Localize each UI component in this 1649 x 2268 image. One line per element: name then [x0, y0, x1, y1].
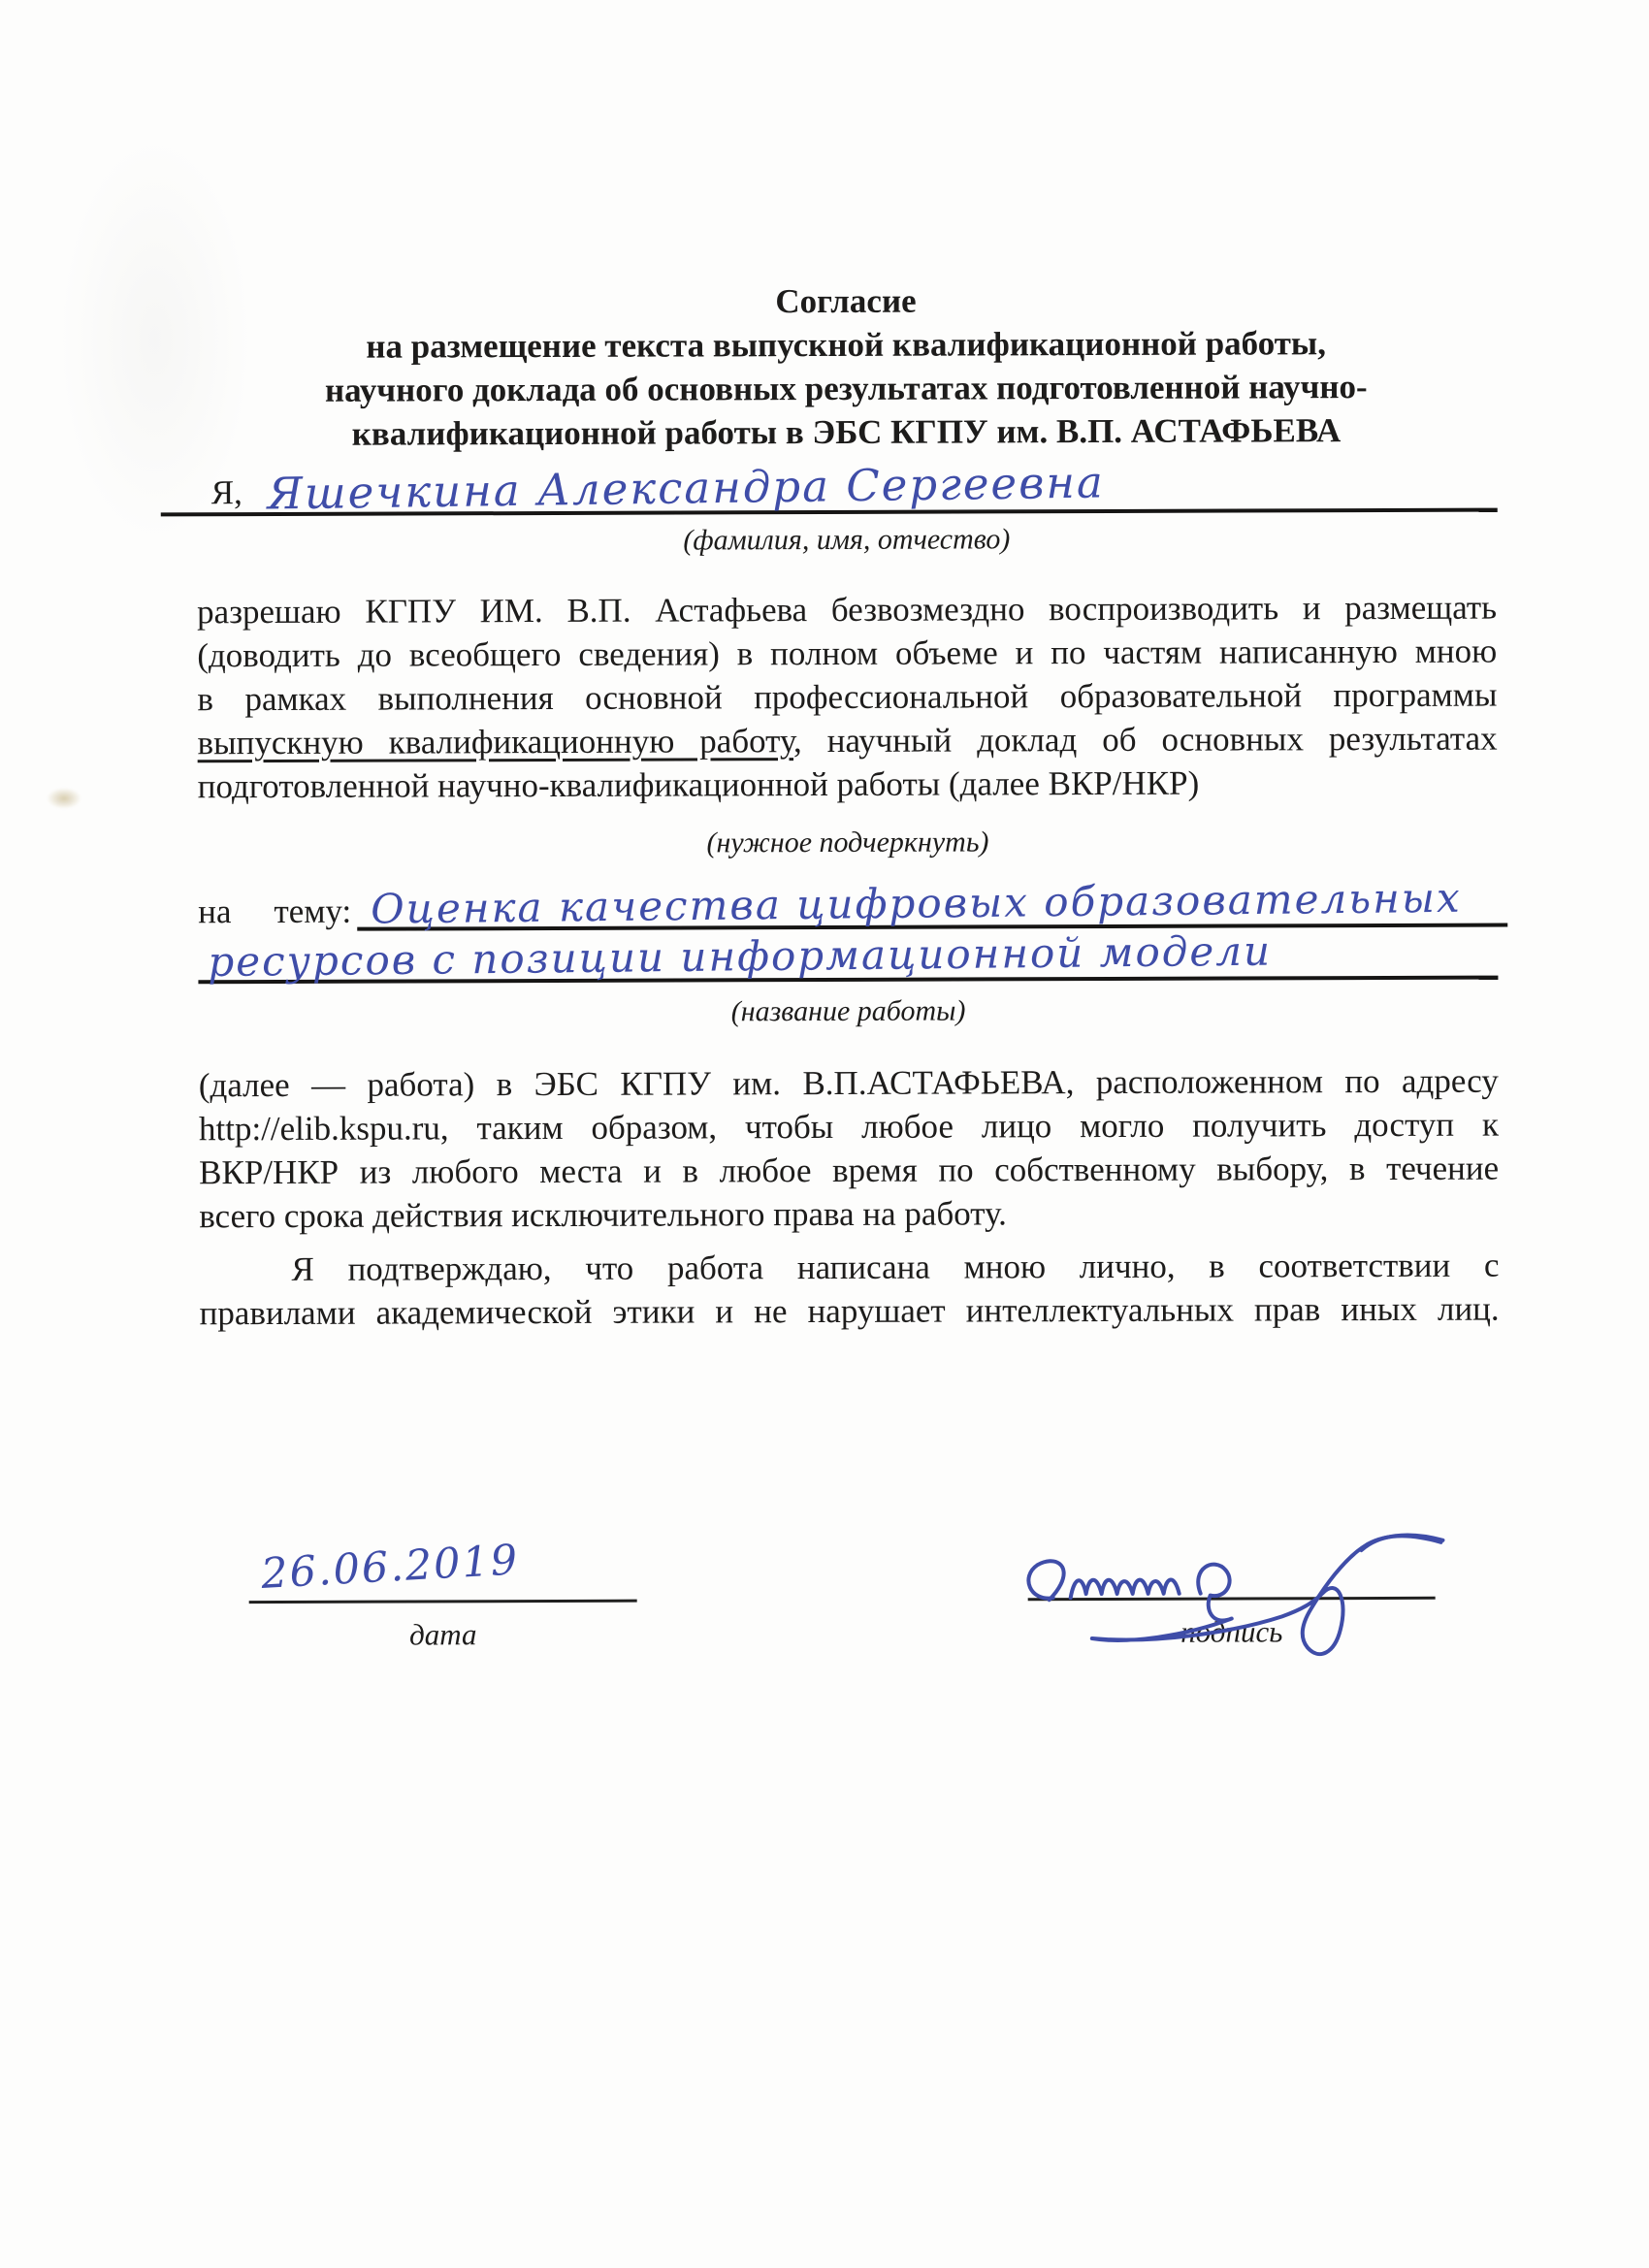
signature-initial-stroke — [1028, 1561, 1063, 1600]
access-line-1: (далее — работа) в ЭБС КГПУ им. В.П.АСТА… — [199, 1059, 1499, 1108]
confirmation-paragraph: Я подтверждаю, что работа написана мною … — [199, 1244, 1499, 1336]
access-line-3: ВКР/НКР из любого места и в любое время … — [199, 1147, 1499, 1195]
handwritten-topic-line-1: Оценка качества цифровых образовательных — [371, 877, 1462, 931]
topic-label-temu: тему: — [274, 892, 351, 931]
document-title: Согласие на размещение текста выпускной … — [196, 277, 1497, 457]
topic-underline-1: Оценка качества цифровых образовательных — [357, 873, 1507, 931]
access-line-2: http://elib.kspu.ru, таким образом, чтоб… — [199, 1103, 1499, 1151]
underline-note-caption: (нужное подчеркнуть) — [198, 825, 1498, 862]
permission-line-2: (доводить до всеобщего сведения) в полно… — [197, 630, 1497, 678]
permission-paragraph: разрешаю КГПУ ИМ. В.П. Астафьева безвозм… — [197, 586, 1498, 809]
confirmation-line-2: правилами академической этики и не наруш… — [200, 1287, 1500, 1336]
topic-label-na: на — [198, 892, 231, 931]
underlined-work-type: выпускную квалификационную работу — [198, 722, 794, 761]
date-caption: дата — [249, 1617, 637, 1653]
permission-line-4: выпускную квалификационную работу, научн… — [198, 717, 1498, 765]
access-paragraph: (далее — работа) в ЭБС КГПУ им. В.П.АСТА… — [199, 1059, 1500, 1239]
topic-field-row-2: ресурсов с позиции информационной модели — [198, 927, 1498, 985]
title-line-3: научного доклада об основных результатах… — [196, 365, 1496, 413]
permission-line-3: в рамках выполнения основной профессиона… — [197, 673, 1497, 722]
handwritten-date: 26.06.2019 — [260, 1536, 521, 1599]
scanned-consent-document: Согласие на размещение текста выпускной … — [0, 0, 1649, 2268]
topic-field-row-1: на тему: Оценка качества цифровых образо… — [198, 877, 1507, 932]
handwritten-topic-line-2: ресурсов с позиции информационной модели — [208, 930, 1272, 984]
title-line-2: на размещение текста выпускной квалифика… — [196, 321, 1496, 370]
name-caption: (фамилия, имя, отчество) — [197, 522, 1497, 560]
handwritten-full-name: Яшечкина Александра Сергеевна — [268, 460, 1106, 516]
access-line-4: всего срока действия исключительного пра… — [199, 1190, 1499, 1239]
permission-line-5: подготовленной научно-квалификационной р… — [198, 761, 1498, 809]
title-line-4: квалификационной работы в ЭБС КГПУ им. В… — [196, 408, 1496, 457]
signature-minims-stroke — [1071, 1579, 1180, 1598]
confirmation-line-1: Я подтверждаю, что работа написана мною … — [199, 1244, 1499, 1292]
date-field: 26.06.2019 — [248, 1541, 636, 1604]
signature-loop-flourish — [1091, 1536, 1440, 1655]
title-line-1: Согласие — [196, 277, 1496, 326]
work-title-caption: (название работы) — [199, 993, 1499, 1031]
document-content: Согласие на размещение текста выпускной … — [0, 0, 1649, 2268]
name-prefix-label: Я, — [211, 473, 242, 512]
signature-scribble — [1010, 1507, 1457, 1684]
full-name-field: Я, Яшечкина Александра Сергеевна — [161, 458, 1498, 517]
permission-line-1: разрешаю КГПУ ИМ. В.П. Астафьева безвозм… — [197, 586, 1497, 634]
permission-line-4-rest: , научный доклад об основных результатах — [793, 720, 1498, 761]
